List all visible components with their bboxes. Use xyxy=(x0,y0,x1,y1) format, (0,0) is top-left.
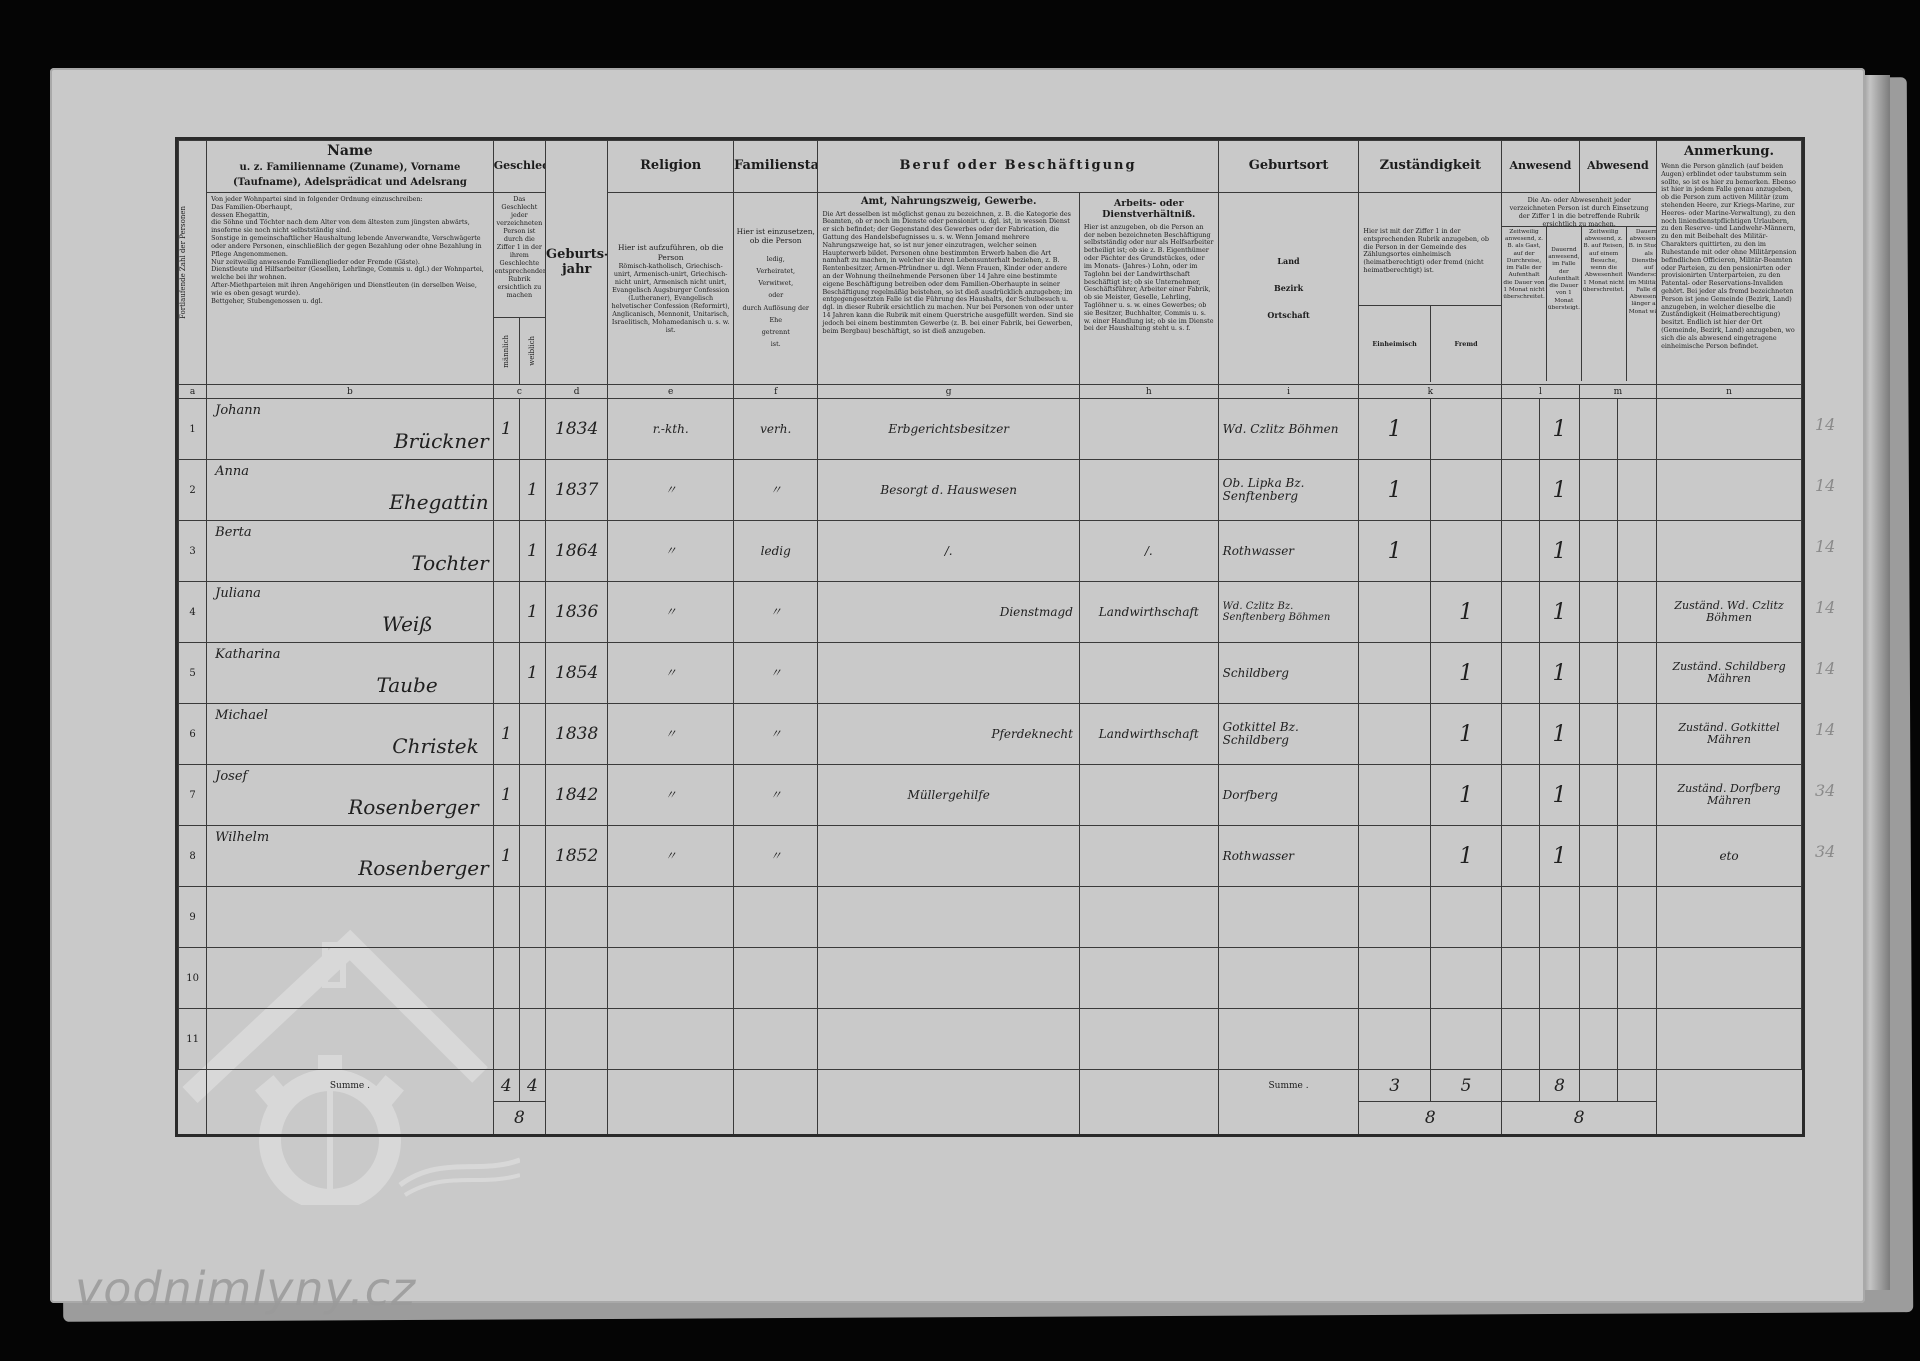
total-foreign: 5 xyxy=(1430,1070,1501,1102)
religion-cell: 〃 xyxy=(608,826,734,887)
temp-absent-cell xyxy=(1579,826,1617,887)
marital-status-cell: 〃 xyxy=(734,460,818,521)
col-l-header: Anwesend xyxy=(1502,141,1579,193)
occupation-cell: Müllergehilfe xyxy=(818,765,1079,826)
marital-status-cell: 〃 xyxy=(734,826,818,887)
col-e-instructions: Hier ist aufzuführen, ob die PersonRömis… xyxy=(608,193,734,385)
table-row: 2 AnnaEhegattin 1 1837 〃 〃 Besorgt d. Ha… xyxy=(179,460,1802,521)
temp-absent-cell xyxy=(1579,460,1617,521)
col-m-header: Abwesend xyxy=(1579,141,1656,193)
perm-absent-cell xyxy=(1617,765,1656,826)
occupation-cell: Besorgt d. Hauswesen xyxy=(818,460,1079,521)
col-i-instructions: Land Bezirk Ortschaft xyxy=(1218,193,1359,385)
total-female: 4 xyxy=(519,1070,545,1102)
col-k-instructions: Hier ist mit der Ziffer 1 in der entspre… xyxy=(1359,193,1502,385)
temp-present-cell xyxy=(1502,460,1540,521)
total-perm-present: 8 xyxy=(1540,1070,1579,1102)
table-row: 8 WilhelmRosenberger 1 1852 〃 〃 Rothwass… xyxy=(179,826,1802,887)
table-row: 10 xyxy=(179,948,1802,1009)
occupation-cell: Pferdeknecht xyxy=(818,704,1079,765)
birthplace-cell: Schildberg xyxy=(1218,643,1359,704)
temp-present-cell xyxy=(1502,643,1540,704)
perm-absent-cell xyxy=(1617,826,1656,887)
summe-label-left: Summe . xyxy=(207,1070,494,1102)
perm-absent-cell xyxy=(1617,399,1656,460)
employment-relation-cell xyxy=(1079,826,1218,887)
foreign-cell xyxy=(1430,460,1501,521)
remark-cell: Zuständ. Schildberg Mähren xyxy=(1657,643,1802,704)
col-f-header: Familienstand xyxy=(734,141,818,193)
temp-absent-cell xyxy=(1579,704,1617,765)
temp-present-cell xyxy=(1502,399,1540,460)
col-a-header: Fortlaufende Zahl der Personen xyxy=(179,141,207,385)
employment-relation-cell xyxy=(1079,399,1218,460)
employment-relation-cell xyxy=(1079,643,1218,704)
table-row: 1 JohannBrückner 1 1834 r.-kth. verh. Er… xyxy=(179,399,1802,460)
employment-relation-cell: Landwirthschaft xyxy=(1079,582,1218,643)
native-cell: 1 xyxy=(1359,521,1430,582)
header-title-row: Fortlaufende Zahl der Personen Nameu. z.… xyxy=(179,141,1802,193)
female-cell: 1 xyxy=(519,460,545,521)
total-zustaendigkeit-sum: 8 xyxy=(1359,1102,1502,1134)
foreign-cell: 1 xyxy=(1430,582,1501,643)
table-row: 7 JosefRosenberger 1 1842 〃 〃 Müllergehi… xyxy=(179,765,1802,826)
male-cell xyxy=(493,521,519,582)
remark-cell: Zuständ. Gotkittel Mähren xyxy=(1657,704,1802,765)
name-heading: Name xyxy=(327,143,373,159)
col-n-header: Anmerkung. Wenn die Person gänzlich (auf… xyxy=(1657,141,1802,385)
perm-present-cell: 1 xyxy=(1540,399,1579,460)
perm-absent-cell xyxy=(1617,582,1656,643)
perm-present-cell: 1 xyxy=(1540,765,1579,826)
perm-present-cell: 1 xyxy=(1540,704,1579,765)
female-cell: 1 xyxy=(519,521,545,582)
male-cell: 1 xyxy=(493,399,519,460)
native-cell: 1 xyxy=(1359,460,1430,521)
temp-present-cell xyxy=(1502,765,1540,826)
remark-cell: eto xyxy=(1657,826,1802,887)
foreign-cell: 1 xyxy=(1430,826,1501,887)
summe-label-right: Summe . xyxy=(1218,1070,1359,1102)
marital-status-cell: 〃 xyxy=(734,704,818,765)
employment-relation-cell: /. xyxy=(1079,521,1218,582)
birth-year-cell: 1836 xyxy=(546,582,608,643)
birthplace-cell: Rothwasser xyxy=(1218,826,1359,887)
total-male: 4 xyxy=(493,1070,519,1102)
remark-cell xyxy=(1657,399,1802,460)
temp-absent-cell xyxy=(1579,582,1617,643)
birthplace-cell: Wd. Czlitz Böhmen xyxy=(1218,399,1359,460)
name-cell xyxy=(207,887,494,948)
employment-relation-cell xyxy=(1079,765,1218,826)
col-f-instructions: Hier ist einzusetzen, ob die Person ledi… xyxy=(734,193,818,385)
remark-cell xyxy=(1657,460,1802,521)
name-cell: KatharinaTaube xyxy=(207,643,494,704)
female-cell xyxy=(519,826,545,887)
col-b-header: Nameu. z. Familienname (Zuname), Vorname… xyxy=(207,141,494,193)
birthplace-cell: Dorfberg xyxy=(1218,765,1359,826)
employment-relation-cell xyxy=(1079,460,1218,521)
female-cell xyxy=(519,704,545,765)
native-cell xyxy=(1359,826,1430,887)
grand-totals-row: 8 8 8 xyxy=(179,1102,1802,1134)
total-sex-sum: 8 xyxy=(493,1102,545,1134)
temp-absent-cell xyxy=(1579,643,1617,704)
religion-cell: 〃 xyxy=(608,460,734,521)
birthplace-cell: Wd. Czlitz Bz. Senftenberg Böhmen xyxy=(1218,582,1359,643)
foreign-cell: 1 xyxy=(1430,643,1501,704)
religion-cell: 〃 xyxy=(608,521,734,582)
religion-cell: 〃 xyxy=(608,704,734,765)
temp-present-cell xyxy=(1502,521,1540,582)
col-c-instructions: Das Geschlecht jeder verzeichneten Perso… xyxy=(493,193,545,385)
occupation-cell: Dienstmagd xyxy=(818,582,1079,643)
female-cell xyxy=(519,399,545,460)
perm-present-cell: 1 xyxy=(1540,460,1579,521)
male-cell: 1 xyxy=(493,704,519,765)
foreign-cell: 1 xyxy=(1430,704,1501,765)
table-row: 3 BertaTochter 1 1864 〃 ledig /. /. Roth… xyxy=(179,521,1802,582)
perm-absent-cell xyxy=(1617,521,1656,582)
birth-year-cell: 1852 xyxy=(546,826,608,887)
native-cell xyxy=(1359,765,1430,826)
marital-status-cell: 〃 xyxy=(734,643,818,704)
name-cell: WilhelmRosenberger xyxy=(207,826,494,887)
column-letters-row: a b c d e f g h i k l m n xyxy=(179,385,1802,399)
male-cell xyxy=(493,460,519,521)
occupation-cell: /. xyxy=(818,521,1079,582)
birth-year-cell: 1854 xyxy=(546,643,608,704)
native-cell xyxy=(1359,582,1430,643)
native-cell xyxy=(1359,704,1430,765)
birthplace-cell: Rothwasser xyxy=(1218,521,1359,582)
birth-year-cell: 1834 xyxy=(546,399,608,460)
religion-cell: r.-kth. xyxy=(608,399,734,460)
totals-row: Summe . 4 4 Summe . 3 5 8 xyxy=(179,1070,1802,1102)
col-d-header: Geburts-jahr xyxy=(546,141,608,385)
temp-present-cell xyxy=(1502,826,1540,887)
religion-cell: 〃 xyxy=(608,765,734,826)
col-c-header: Geschlecht xyxy=(493,141,545,193)
employment-relation-cell: Landwirthschaft xyxy=(1079,704,1218,765)
col-i-header: Geburtsort xyxy=(1218,141,1359,193)
marital-status-cell: 〃 xyxy=(734,765,818,826)
total-presence-sum: 8 xyxy=(1502,1102,1657,1134)
col-lm-instructions: Die An- oder Abwesenheit jeder verzeichn… xyxy=(1502,193,1657,385)
name-cell xyxy=(207,1009,494,1070)
temp-absent-cell xyxy=(1579,521,1617,582)
perm-absent-cell xyxy=(1617,643,1656,704)
col-k-header: Zuständigkeit xyxy=(1359,141,1502,193)
marital-status-cell: 〃 xyxy=(734,582,818,643)
perm-absent-cell xyxy=(1617,460,1656,521)
col-gh-header: Beruf oder Beschäftigung xyxy=(818,141,1218,193)
birthplace-cell: Gotkittel Bz. Schildberg xyxy=(1218,704,1359,765)
occupation-cell: Erbgerichtsbesitzer xyxy=(818,399,1079,460)
birth-year-cell: 1864 xyxy=(546,521,608,582)
marital-status-cell: verh. xyxy=(734,399,818,460)
native-cell xyxy=(1359,643,1430,704)
perm-present-cell: 1 xyxy=(1540,582,1579,643)
occupation-cell xyxy=(818,826,1079,887)
total-native: 3 xyxy=(1359,1070,1430,1102)
foreign-cell xyxy=(1430,399,1501,460)
col-g-instructions: Amt, Nahrungszweig, Gewerbe. Die Art des… xyxy=(818,193,1079,385)
marital-status-cell: ledig xyxy=(734,521,818,582)
female-cell xyxy=(519,765,545,826)
col-b-instructions: Von jeder Wohnpartei sind in folgender O… xyxy=(207,193,494,385)
male-cell xyxy=(493,643,519,704)
birth-year-cell: 1837 xyxy=(546,460,608,521)
birth-year-cell: 1842 xyxy=(546,765,608,826)
foreign-cell: 1 xyxy=(1430,765,1501,826)
remark-cell xyxy=(1657,521,1802,582)
name-cell: JulianaWeiß xyxy=(207,582,494,643)
margin-pencil-marks: 14 14 14 14 14 14 34 34 xyxy=(1815,415,1855,903)
name-cell: JosefRosenberger xyxy=(207,765,494,826)
table-row: 4 JulianaWeiß 1 1836 〃 〃 Dienstmagd Land… xyxy=(179,582,1802,643)
temp-present-cell xyxy=(1502,704,1540,765)
native-cell: 1 xyxy=(1359,399,1430,460)
name-cell: JohannBrückner xyxy=(207,399,494,460)
perm-present-cell: 1 xyxy=(1540,521,1579,582)
temp-absent-cell xyxy=(1579,765,1617,826)
male-cell xyxy=(493,582,519,643)
name-cell xyxy=(207,948,494,1009)
religion-cell: 〃 xyxy=(608,582,734,643)
male-cell: 1 xyxy=(493,826,519,887)
occupation-cell xyxy=(818,643,1079,704)
foreign-cell xyxy=(1430,521,1501,582)
table-row: 11 xyxy=(179,1009,1802,1070)
temp-absent-cell xyxy=(1579,399,1617,460)
perm-present-cell: 1 xyxy=(1540,643,1579,704)
remark-cell: Zuständ. Dorfberg Mähren xyxy=(1657,765,1802,826)
perm-present-cell: 1 xyxy=(1540,826,1579,887)
name-cell: BertaTochter xyxy=(207,521,494,582)
table-row: 5 KatharinaTaube 1 1854 〃 〃 Schildberg 1… xyxy=(179,643,1802,704)
table-row: 6 MichaelChristek 1 1838 〃 〃 Pferdeknech… xyxy=(179,704,1802,765)
male-cell: 1 xyxy=(493,765,519,826)
header-instructions-row: Von jeder Wohnpartei sind in folgender O… xyxy=(179,193,1802,385)
female-cell: 1 xyxy=(519,643,545,704)
remark-cell: Zuständ. Wd. Czlitz Böhmen xyxy=(1657,582,1802,643)
col-h-instructions: Arbeits- oder Dienstverhältniß. Hier ist… xyxy=(1079,193,1218,385)
table-row: 9 xyxy=(179,887,1802,948)
birthplace-cell: Ob. Lipka Bz. Senftenberg xyxy=(1218,460,1359,521)
name-cell: AnnaEhegattin xyxy=(207,460,494,521)
birth-year-cell: 1838 xyxy=(546,704,608,765)
watermark-text: vodnimlyny.cz xyxy=(75,1262,416,1316)
name-cell: MichaelChristek xyxy=(207,704,494,765)
temp-present-cell xyxy=(1502,582,1540,643)
col-e-header: Religion xyxy=(608,141,734,193)
perm-absent-cell xyxy=(1617,704,1656,765)
female-cell: 1 xyxy=(519,582,545,643)
census-form-table: Fortlaufende Zahl der Personen Nameu. z.… xyxy=(175,137,1805,1137)
religion-cell: 〃 xyxy=(608,643,734,704)
